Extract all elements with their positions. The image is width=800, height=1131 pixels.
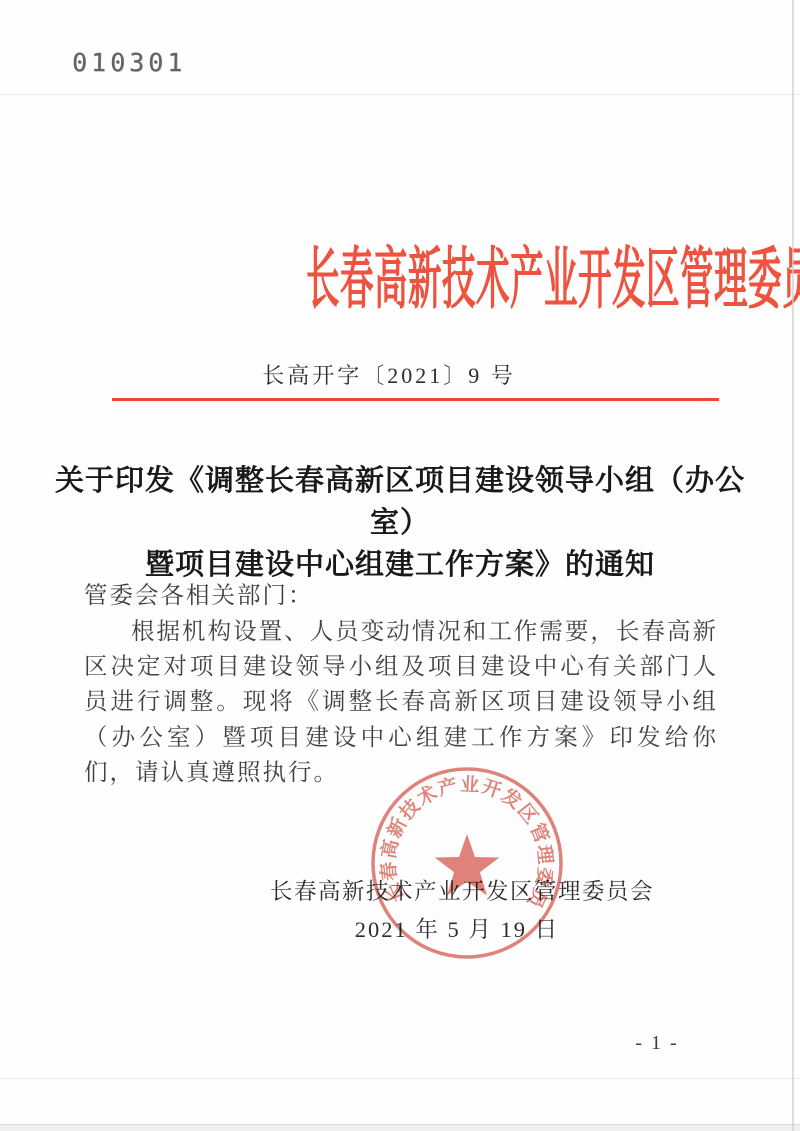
scan-artifact-line-top — [0, 94, 800, 95]
seal-curved-text: 长春高新技术产业开发区管理委员会 — [367, 763, 557, 913]
page-number: - 1 - — [617, 1032, 697, 1055]
document-reference-number: 长高开字〔2021〕9 号 — [0, 361, 789, 391]
document-page: 010301 长春高新技术产业开发区管理委员会文件 长高开字〔2021〕9 号 … — [0, 0, 800, 1131]
official-seal: 长春高新技术产业开发区管理委员会 — [367, 763, 567, 963]
scan-edge-bottom — [0, 1124, 800, 1131]
document-title: 关于印发《调整长春高新区项目建设领导小组（办公室） 暨项目建设中心组建工作方案》… — [40, 460, 760, 586]
docket-number-stamp: 010301 — [72, 48, 187, 77]
salutation: 管委会各相关部门： — [84, 581, 734, 612]
red-header-banner: 长春高新技术产业开发区管理委员会文件 — [0, 240, 800, 320]
scan-artifact-line-lower — [0, 1078, 800, 1079]
org-title-text: 长春高新技术产业开发区管理委员会文件 — [306, 240, 800, 320]
scan-edge-right — [792, 0, 794, 1131]
document-title-line1: 关于印发《调整长春高新区项目建设领导小组（办公室） — [40, 460, 760, 544]
seal-star-icon — [435, 834, 500, 896]
document-title-line2: 暨项目建设中心组建工作方案》的通知 — [40, 544, 760, 586]
red-divider-rule — [112, 398, 719, 401]
